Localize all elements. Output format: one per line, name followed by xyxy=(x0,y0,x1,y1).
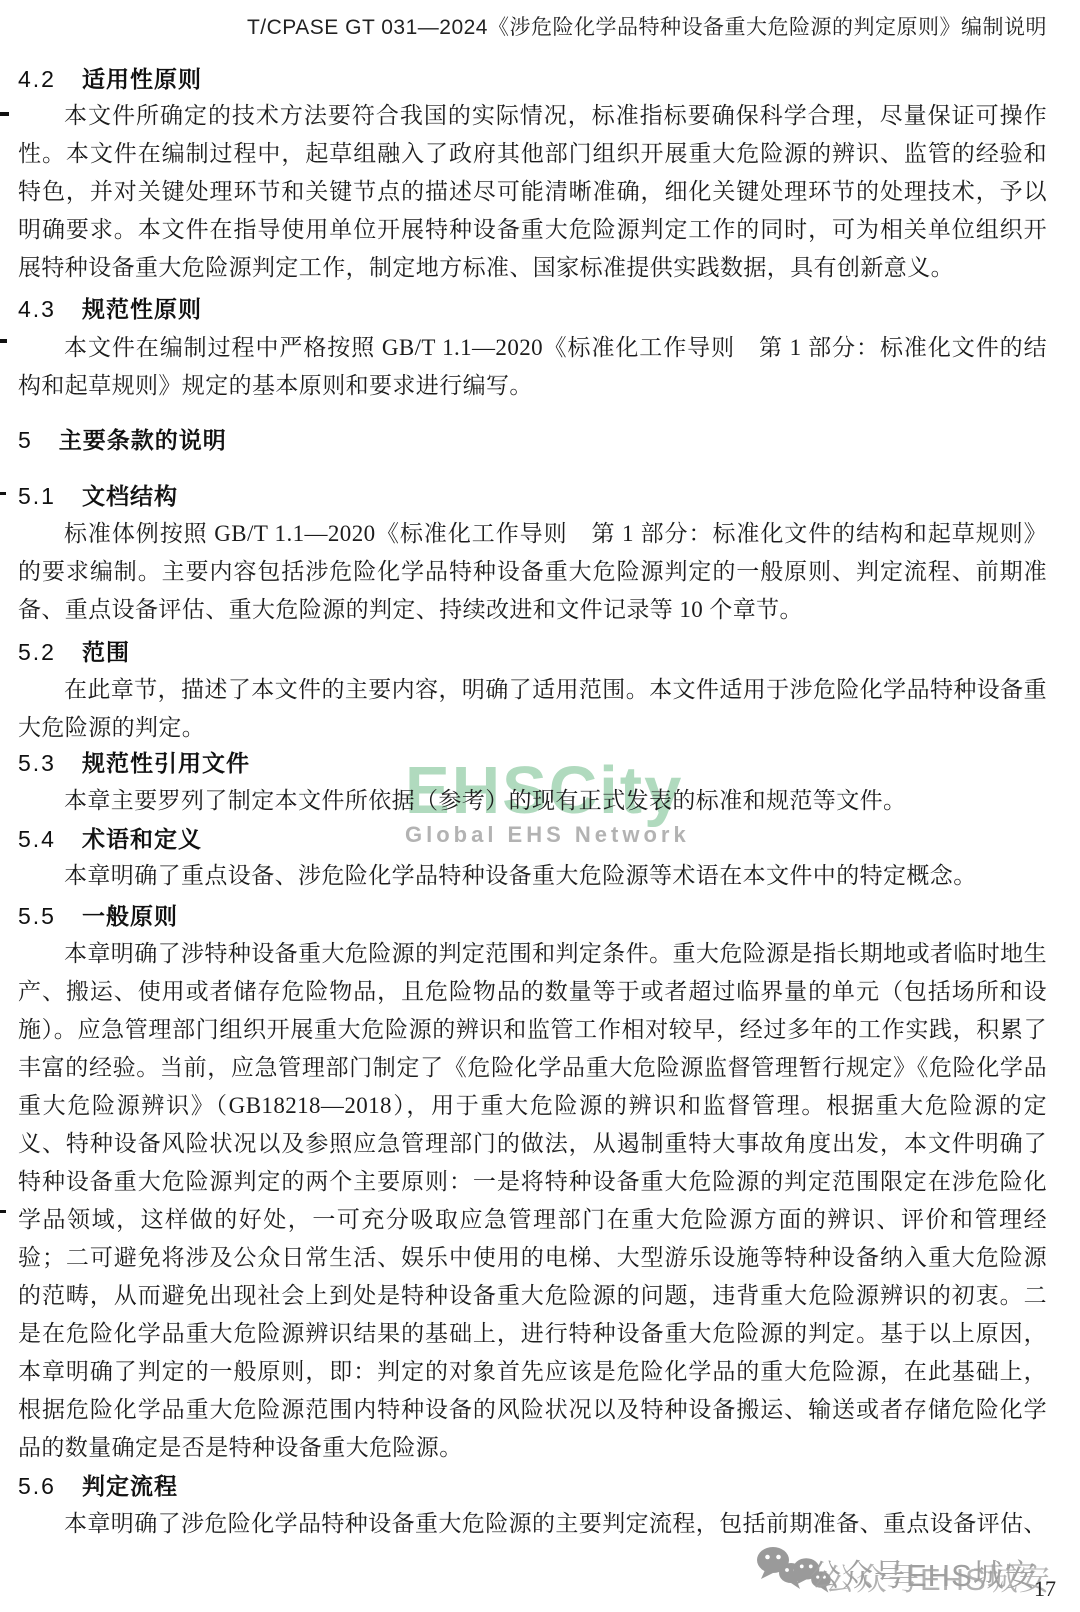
document-header: T/CPASE GT 031—2024《涉危险化学品特种设备重大危险源的判定原则… xyxy=(18,14,1047,41)
section-heading-5-6: 5.6 判定流程 xyxy=(18,1472,1047,1500)
section-paragraph-5-5: 本章明确了涉特种设备重大危险源的判定范围和判定条件。重大危险源是指长期地或者临时… xyxy=(18,935,1047,1467)
section-heading-4-2: 4.2 适用性原则 xyxy=(18,65,1047,93)
wechat-icon xyxy=(756,1546,804,1595)
section-title: 规范性原则 xyxy=(82,295,202,323)
section-heading-5-2: 5.2 范围 xyxy=(18,638,1047,666)
section-number: 5.1 xyxy=(18,482,56,510)
section-heading-5-4: 5.4 术语和定义 xyxy=(18,825,1047,853)
section-heading-5-5: 5.5 一般原则 xyxy=(18,902,1047,930)
section-number: 5.5 xyxy=(18,902,56,930)
section-title: 适用性原则 xyxy=(82,65,202,93)
wechat-account-watermark-text: 公众号EHS城安 xyxy=(810,1550,1037,1595)
section-paragraph-5-6: 本章明确了涉危险化学品特种设备重大危险源的主要判定流程，包括前期准备、重点设备评… xyxy=(18,1505,1047,1543)
section-title: 文档结构 xyxy=(82,482,178,510)
section-number: 4.2 xyxy=(18,65,56,93)
section-title: 规范性引用文件 xyxy=(82,749,250,777)
wechat-account-watermark-text: 公众号EHS城安 xyxy=(824,1554,1051,1599)
section-title: 一般原则 xyxy=(82,902,178,930)
section-paragraph-4-2: 本文件所确定的技术方法要符合我国的实际情况，标准指标要确保科学合理，尽量保证可操… xyxy=(18,97,1047,287)
section-heading-5-1: 5.1 文档结构 xyxy=(18,482,1047,510)
scan-artifact xyxy=(0,492,6,495)
section-heading-5: 5 主要条款的说明 xyxy=(18,426,1047,454)
section-paragraph-5-4: 本章明确了重点设备、涉危险化学品特种设备重大危险源等术语在本文件中的特定概念。 xyxy=(18,857,1047,895)
document-page: EHSCity Global EHS Network T/CPASE GT 03… xyxy=(0,0,1080,1612)
section-title: 术语和定义 xyxy=(82,825,202,853)
page-number: 17 xyxy=(1034,1576,1056,1602)
scan-artifact xyxy=(0,339,7,343)
section-title: 判定流程 xyxy=(82,1472,178,1500)
section-number: 4.3 xyxy=(18,295,56,323)
footer-watermark: 公众号EHS城安 公众号EHS城安 xyxy=(756,1540,1076,1604)
section-number: 5.4 xyxy=(18,825,56,853)
section-number: 5.6 xyxy=(18,1472,56,1500)
section-paragraph-4-3: 本文件在编制过程中严格按照 GB/T 1.1—2020《标准化工作导则 第 1 … xyxy=(18,329,1047,405)
section-paragraph-5-2: 在此章节，描述了本文件的主要内容，明确了适用范围。本文件适用于涉危险化学品特种设… xyxy=(18,671,1047,747)
section-heading-4-3: 4.3 规范性原则 xyxy=(18,295,1047,323)
section-title: 范围 xyxy=(82,638,130,666)
section-number: 5.3 xyxy=(18,749,56,777)
section-number: 5 xyxy=(18,426,33,454)
scan-artifact xyxy=(0,1210,6,1213)
section-title: 主要条款的说明 xyxy=(59,426,227,454)
section-heading-5-3: 5.3 规范性引用文件 xyxy=(18,749,1047,777)
scan-artifact xyxy=(0,112,9,116)
section-paragraph-5-1: 标准体例按照 GB/T 1.1—2020《标准化工作导则 第 1 部分：标准化文… xyxy=(18,515,1047,629)
section-paragraph-5-3: 本章主要罗列了制定本文件所依据（参考）的现有正式发表的标准和规范等文件。 xyxy=(18,782,1047,820)
section-number: 5.2 xyxy=(18,638,56,666)
wechat-icon xyxy=(792,1557,831,1597)
